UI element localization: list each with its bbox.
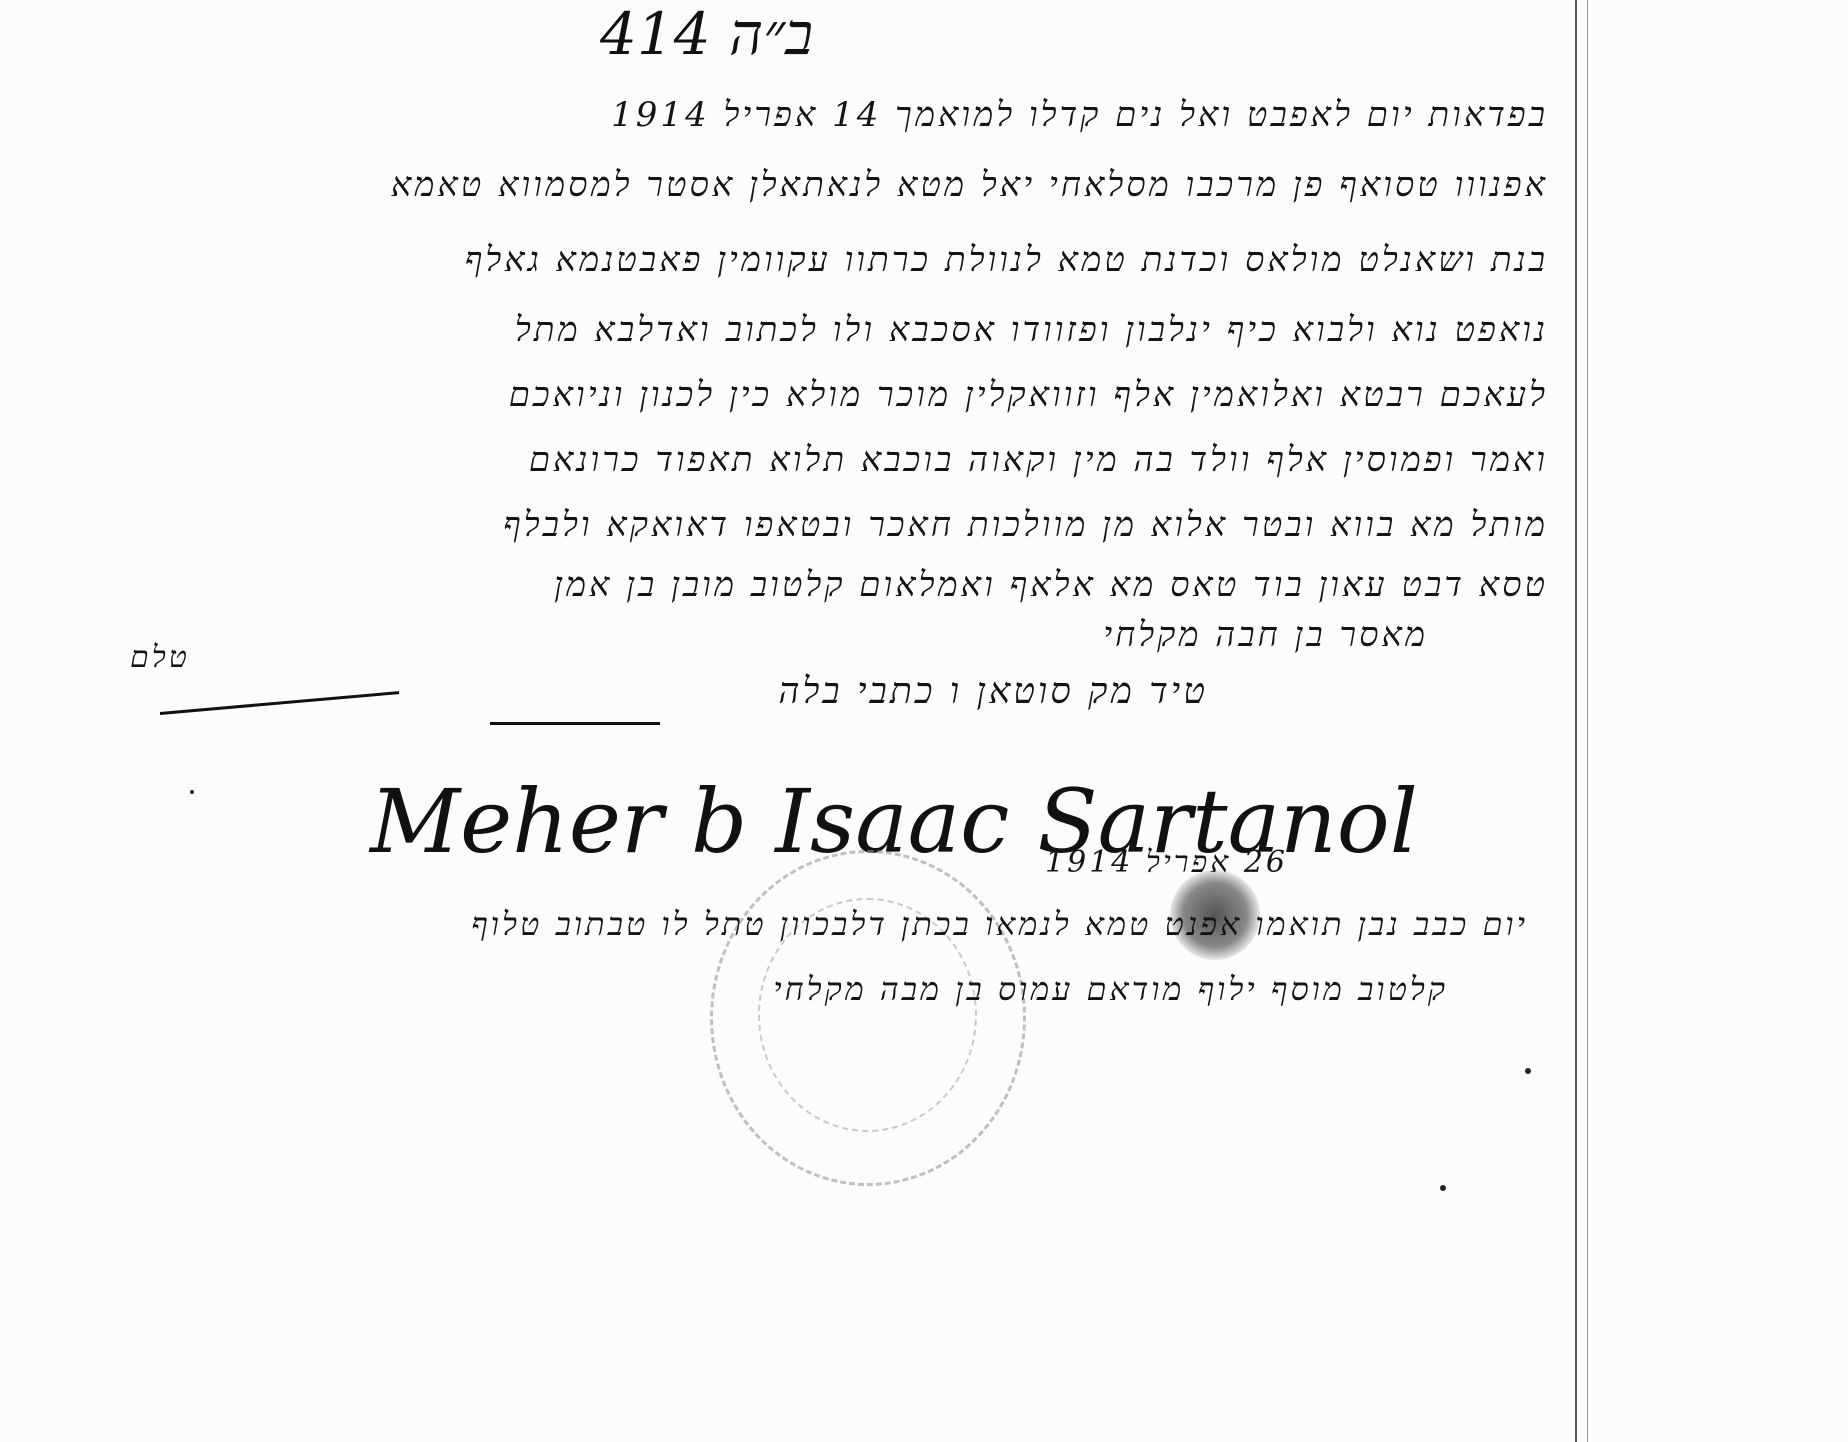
scan-speck [1440, 1185, 1446, 1191]
body-line-6: ואמר ופמוסין אלף וולד בה מין וקאוה בוכבא… [529, 440, 1548, 480]
signature-underline [490, 722, 660, 725]
body-line-9: מאסר בן חבה מקלחי [1103, 615, 1428, 655]
footer-line-2: קלטוב מוסף ילוף מודאם עמוס בן מבה מקלחי [773, 970, 1448, 1008]
body-line-3: בנת ושאנלט מולאס וכדנת טמא לנוולת כרתוו … [465, 240, 1548, 280]
margin-line-right-inner [1587, 0, 1588, 1442]
margin-line-right-outer [1575, 0, 1577, 1442]
scan-speck [190, 790, 194, 794]
body-line-1: בפדאות יום לאפבט ואל נים קדלו למואמך 14 … [611, 95, 1548, 135]
body-line-2: אפנווו טסואף פן מרכבו מסלאחי יאל מטא לנא… [391, 165, 1548, 205]
left-margin-note: טלם [130, 640, 190, 675]
scanned-document-page: ב״ה 414 בפדאות יום לאפבט ואל נים קדלו למ… [0, 0, 1848, 1442]
body-line-8: טסא דבט עאון בוד טאס מא אלאף ואמלאום קלט… [554, 565, 1548, 605]
body-line-7: מותל מא בווא ובטר אלוא מן מוולכות חאכר ו… [503, 505, 1548, 545]
body-line-4: נואפט נוא ולבוא כיף ינלבון ופזוודו אסכבא… [515, 310, 1548, 350]
official-seal [710, 850, 1026, 1186]
hebrew-signature: טיד מק סוטאן ו כתבי בלה [778, 670, 1208, 712]
second-date: 26 אפריל 1914 [1045, 845, 1288, 880]
document-heading: ב״ה 414 [600, 0, 813, 68]
footer-line-1: יום כבב נבן תואמו אפנט טמא לנמאו בכתן דל… [471, 905, 1528, 943]
scan-speck [1525, 1068, 1531, 1074]
body-line-5: לעאכם רבטא ואלואמין אלף וזוואקלין מוכר מ… [509, 375, 1548, 415]
pen-stroke-left [160, 691, 399, 715]
